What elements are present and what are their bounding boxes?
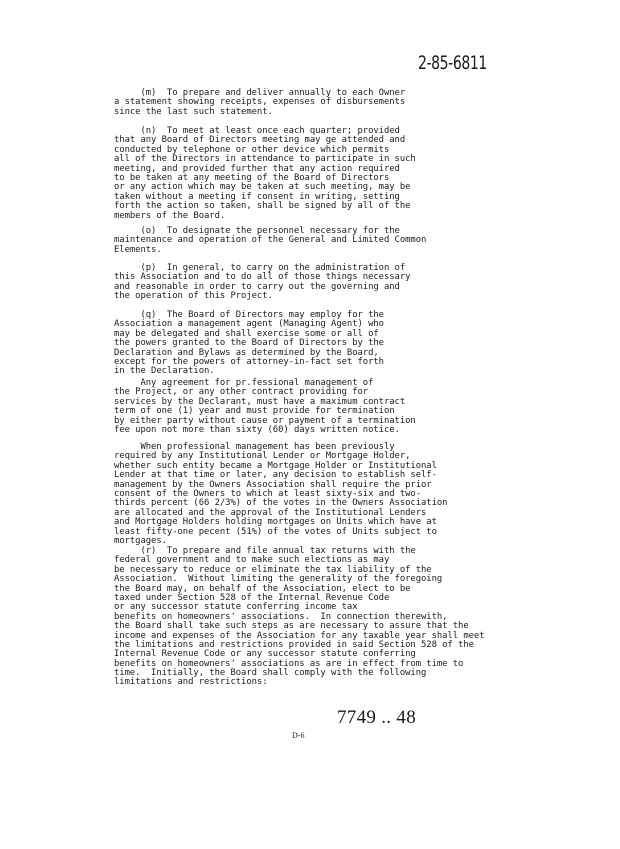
paragraph-m: (m) To prepare and deliver annually to e…	[114, 89, 405, 117]
document-stamp-number: 2-85-6811	[418, 52, 487, 74]
text-line: fee upon not more than sixty (60) days w…	[114, 426, 416, 435]
text-line: members of the Board.	[114, 212, 416, 221]
document-page: 2-85-6811 (m) To prepare and deliver ann…	[0, 0, 620, 849]
paragraph-r: (r) To prepare and file annual tax retur…	[114, 547, 485, 688]
paragraph-p: (p) In general, to carry on the administ…	[114, 264, 410, 302]
record-number: 7749 .. 48	[337, 707, 416, 729]
text-line: since the last such statement.	[114, 108, 405, 117]
text-line: in the Declaration.	[114, 367, 384, 376]
text-line: Elements.	[114, 246, 426, 255]
paragraph-q: (q) The Board of Directors may employ fo…	[114, 311, 384, 377]
text-line: limitations and restrictions:	[114, 678, 485, 687]
paragraph-n: (n) To meet at least once each quarter; …	[114, 127, 416, 221]
paragraph-self-management: When professional management has been pr…	[114, 443, 447, 546]
paragraph-agreement: Any agreement for pr.fessional managemen…	[114, 379, 416, 435]
page-number: D-6	[292, 731, 304, 740]
text-line: mortgages.	[114, 537, 447, 546]
text-line: the operation of this Project.	[114, 292, 410, 301]
paragraph-o: (o) To designate the personnel necessary…	[114, 227, 426, 255]
